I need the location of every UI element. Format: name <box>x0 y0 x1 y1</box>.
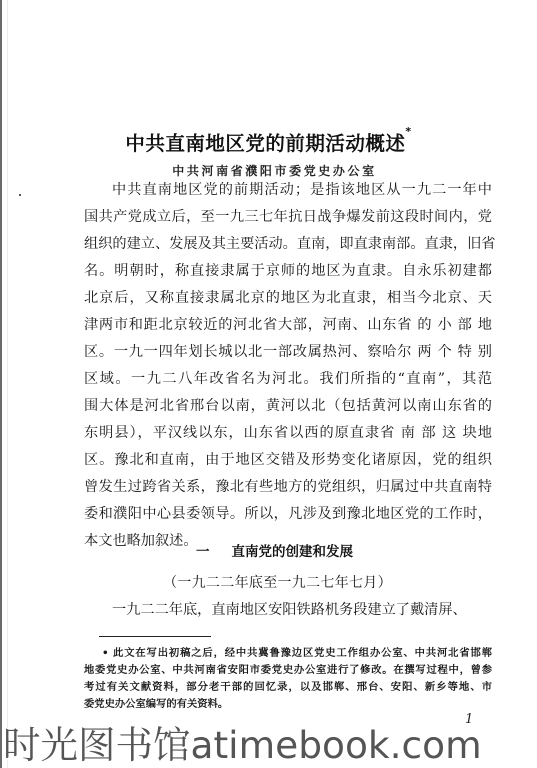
paragraph-line: 中共直南地区党的前期活动；是指该地区从一九二一年中 <box>84 177 492 204</box>
paragraph-line: 曾发生过跨省关系，豫北有些地方的党组织，归属过中共直南特 <box>84 474 492 501</box>
paragraph-line: 东明县），平汉线以东，山东省以西的原直隶省 南 部 这 块地 <box>84 420 492 447</box>
paragraph-line: 津两市和距北京较近的河北省大部，河南、山东省 的 小 部 地 <box>84 312 492 339</box>
title-text: 中共直南地区党的前期活动概述 <box>125 132 405 155</box>
scan-left-border <box>0 0 2 768</box>
footnote-line: 委党史办公室编写的有关资料。 <box>84 696 492 713</box>
paragraph-line: 围大体是河北省邢台以南，黄河以北（包括黄河以南山东省的 <box>84 393 492 420</box>
paragraph-line: 区。一九一四年划长城以北一部改属热河、察哈尔 两 个 特 别 <box>84 339 492 366</box>
paragraph-line: 委和濮阳中心县委领导。所以，凡涉及到豫北地区党的工作时， <box>84 501 492 528</box>
footnote: • 此文在写出初稿之后，经中共冀鲁豫边区党史工作组办公室、中共河北省邯郸 地委党… <box>84 645 492 713</box>
scan-speck <box>19 194 21 196</box>
section-paragraph: 一九二二年底，直南地区安阳铁路机务段建立了戴清屏、 <box>84 597 492 624</box>
watermark-text: 时光图书馆atimebook.com <box>3 722 482 768</box>
paragraph-line: 名。明朝时，称直接隶属于京师的地区为直隶。自永乐初建都 <box>84 258 492 285</box>
scan-edge-shadow <box>7 0 8 768</box>
paragraph-line: 区。豫北和直南，由于地区交错及形势变化诸原因，党的组织 <box>84 447 492 474</box>
footnote-line: 考过有关文献资料，部分老干部的回忆录，以及邯郸、邢台、安阳、新乡等地、市 <box>84 679 492 696</box>
section-number: 一 <box>196 544 210 560</box>
paragraph-line: 一九二二年底，直南地区安阳铁路机务段建立了戴清屏、 <box>84 597 492 624</box>
footnote-line: • 此文在写出初稿之后，经中共冀鲁豫边区党史工作组办公室、中共河北省邯郸 <box>84 645 492 662</box>
footnote-line: 地委党史办公室、中共河南省安阳市委党史办公室进行了修改。在撰写过程中，曾参 <box>84 662 492 679</box>
section-title: 直南党的创建和发展 <box>232 544 354 560</box>
paragraph-line: 北京后，又称直接隶属北京的地区为北直隶，相当今北京、天 <box>84 285 492 312</box>
paragraph-line: 国共产党成立后，至一九三七年抗日战争爆发前这段时间内，党 <box>84 204 492 231</box>
paragraph-line: 组织的建立、发展及其主要活动。直南，即直隶南部。直隶，旧省 <box>84 231 492 258</box>
title-footnote-mark: * <box>405 125 411 138</box>
section-date-range: （一九二二年底至一九二七年七月） <box>0 572 537 592</box>
section-heading: 一直南党的创建和发展 <box>0 540 537 560</box>
paragraph-line: 区域。一九二八年改省名为河北。我们所指的“直南”，其范 <box>84 366 492 393</box>
document-title: 中共直南地区党的前期活动概述* <box>0 128 537 156</box>
footnote-divider <box>99 636 211 637</box>
intro-paragraph: 中共直南地区党的前期活动；是指该地区从一九二一年中 国共产党成立后，至一九三七年… <box>84 177 492 555</box>
